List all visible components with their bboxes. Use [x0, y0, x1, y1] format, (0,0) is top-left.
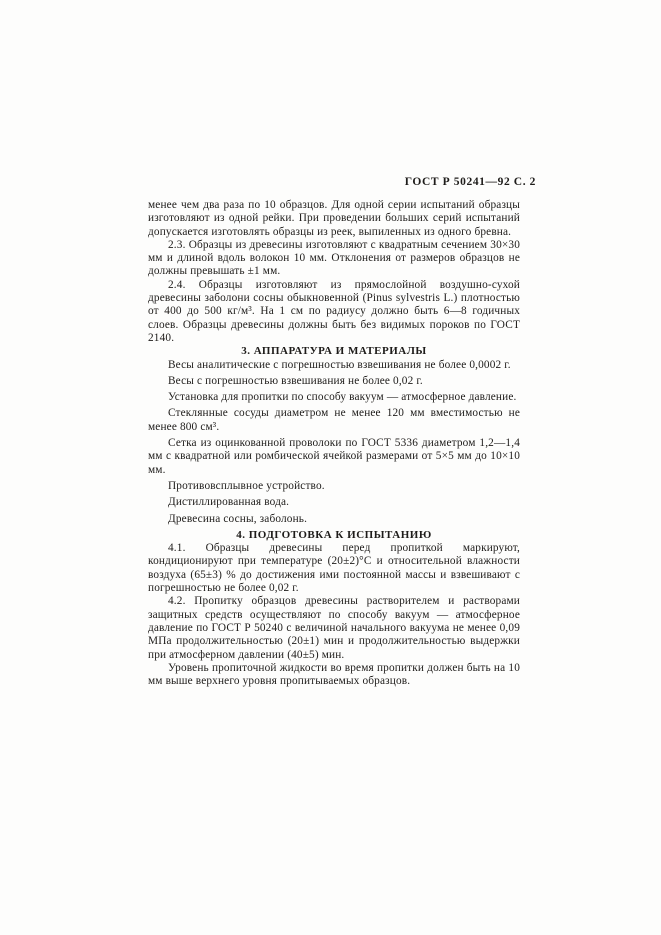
section-3-heading: 3. АППАРАТУРА И МАТЕРИАЛЫ	[148, 345, 520, 358]
running-header: ГОСТ Р 50241—92 С. 2	[148, 176, 536, 188]
section-3-item: Установка для пропитки по способу вакуум…	[148, 391, 520, 404]
section-3-item: Весы с погрешностью взвешивания не более…	[148, 375, 520, 388]
section-3-item: Дистиллированная вода.	[148, 496, 520, 509]
clause-4-2: 4.2. Пропитку образцов древесины раствор…	[148, 595, 520, 661]
paragraph-intro-continuation: менее чем два раза по 10 образцов. Для о…	[148, 199, 520, 239]
section-3-item: Стеклянные сосуды диаметром не менее 120…	[148, 407, 520, 434]
section-3-item: Противовсплывное устройство.	[148, 480, 520, 493]
clause-4-1: 4.1. Образцы древесины перед пропиткой м…	[148, 542, 520, 595]
section-3-item: Сетка из оцинкованной проволоки по ГОСТ …	[148, 437, 520, 477]
paragraph-liquid-level: Уровень пропиточной жидкости во время пр…	[148, 662, 520, 689]
scanned-document-page: ГОСТ Р 50241—92 С. 2 менее чем два раза …	[0, 0, 661, 935]
section-3-item: Древесина сосны, заболонь.	[148, 513, 520, 526]
section-3-item: Весы аналитические с погрешностью взвеши…	[148, 359, 520, 372]
clause-2-3: 2.3. Образцы из древесины изготовляют с …	[148, 239, 520, 279]
clause-2-4: 2.4. Образцы изготовляют из прямослойной…	[148, 279, 520, 345]
document-body: менее чем два раза по 10 образцов. Для о…	[148, 199, 520, 688]
section-4-heading: 4. ПОДГОТОВКА К ИСПЫТАНИЮ	[148, 529, 520, 542]
